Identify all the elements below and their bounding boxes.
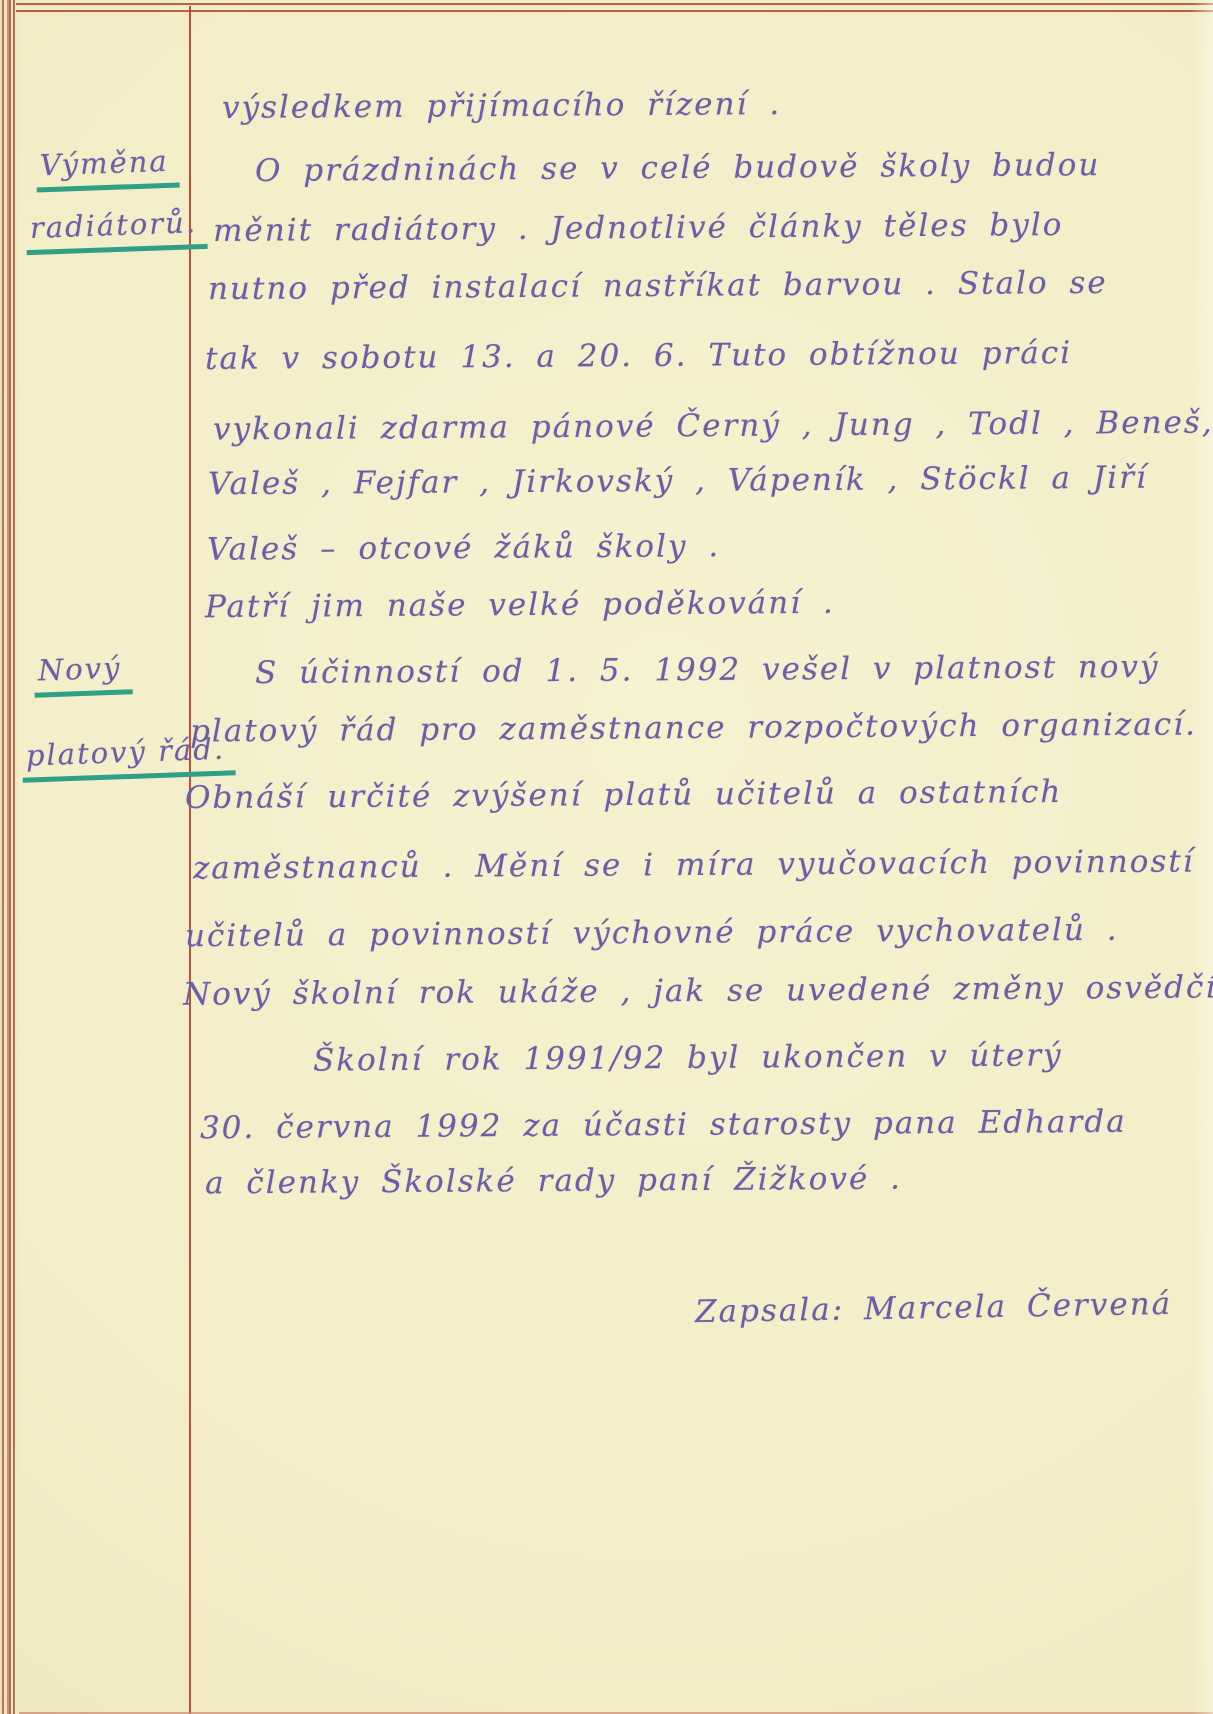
handwritten-line-1: výsledkem přijímacího řízení . xyxy=(222,86,781,126)
handwritten-line-5: tak v sobotu 13. a 20. 6. Tuto obtížnou … xyxy=(205,335,1072,377)
left-margin-rule xyxy=(189,6,191,1714)
handwritten-line-13: zaměstnanců . Mění se i míra vyučovacích… xyxy=(193,844,1195,887)
handwritten-line-7: Valeš , Fejfar , Jirkovský , Vápeník , S… xyxy=(208,460,1148,503)
margin-note-radiators-word-2: radiátorů. xyxy=(25,205,208,255)
handwritten-line-12: Obnáší určité zvýšení platů učitelů a os… xyxy=(185,774,1062,816)
handwritten-line-17: 30. června 1992 za účasti starosty pana … xyxy=(200,1104,1127,1146)
handwritten-line-14: učitelů a povinností výchovné práce vych… xyxy=(185,912,1119,955)
margin-note-salary-rules-word-1: Nový xyxy=(33,650,132,697)
handwritten-line-11: platový řád pro zaměstnance rozpočtových… xyxy=(190,706,1197,749)
margin-note-radiators-word-1: Výměna xyxy=(35,144,179,193)
handwritten-line-9: Patří jim naše velké poděkování . xyxy=(205,585,835,625)
handwritten-line-18: a členky Školské rady paní Žižkové . xyxy=(205,1161,902,1202)
top-margin-rule xyxy=(16,3,1213,12)
signature-line: Zapsala: Marcela Červená xyxy=(695,1286,1173,1330)
handwritten-line-16: Školní rok 1991/92 byl ukončen v úterý xyxy=(313,1037,1063,1078)
chronicle-page: Výměna radiátorů. Nový platový řád. výsl… xyxy=(0,0,1213,1714)
handwritten-line-3: měnit radiátory . Jednotlivé články těle… xyxy=(213,207,1064,249)
handwritten-line-4: nutno před instalací nastříkat barvou . … xyxy=(208,265,1108,307)
handwritten-line-6: vykonali zdarma pánové Černý , Jung , To… xyxy=(213,405,1213,448)
handwritten-line-15: Nový školní rok ukáže , jak se uvedené z… xyxy=(183,969,1213,1012)
handwritten-line-10: S účinností od 1. 5. 1992 vešel v platno… xyxy=(255,649,1160,691)
handwritten-line-2: O prázdninách se v celé budově školy bud… xyxy=(255,147,1101,189)
handwritten-line-8: Valeš – otcové žáků školy . xyxy=(207,528,720,568)
book-binding-edge xyxy=(0,0,19,1714)
